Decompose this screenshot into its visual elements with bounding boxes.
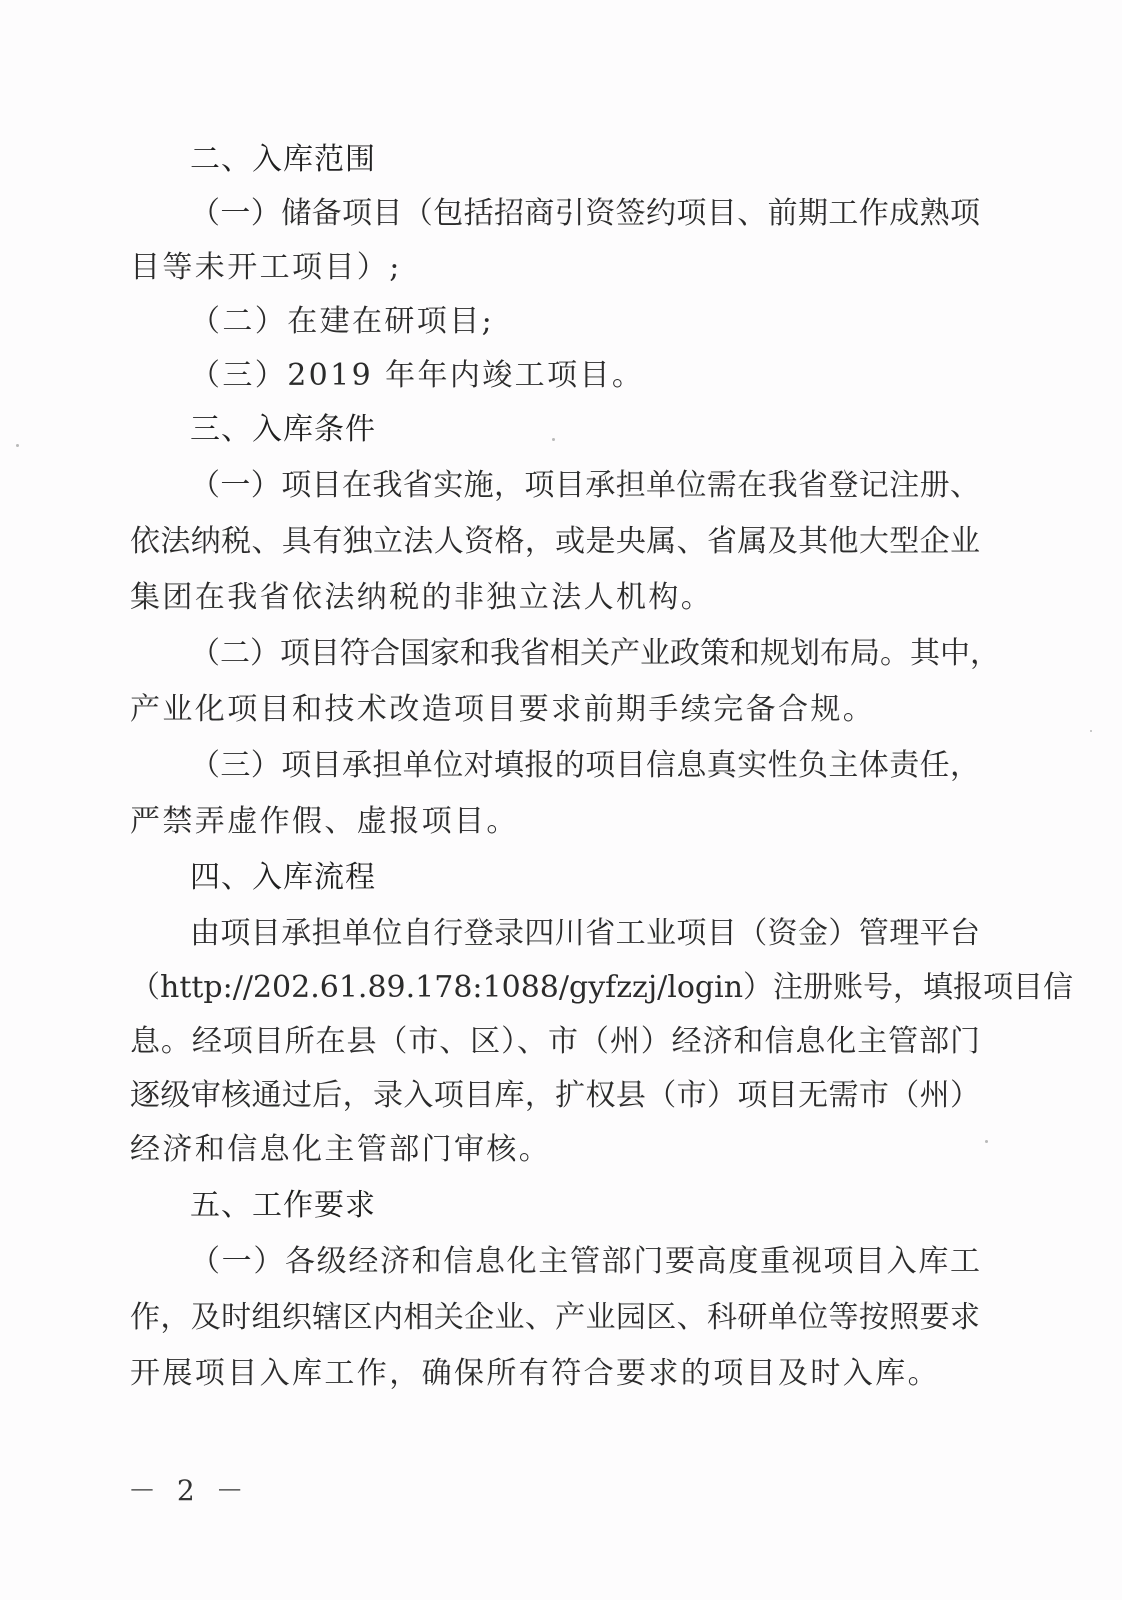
section-heading-process: 四、入库流程 <box>190 858 1040 898</box>
section-heading-scope: 二、入库范围 <box>190 140 1040 180</box>
paragraph-line: （一）项目在我省实施，项目承担单位需在我省登记注册、 <box>190 466 980 506</box>
paragraph-line: 作，及时组织辖区内相关企业、产业园区、科研单位等按照要求 <box>130 1298 980 1338</box>
paragraph-line: 逐级审核通过后，录入项目库，扩权县（市）项目无需市（州） <box>130 1076 980 1116</box>
section-heading-requirements: 五、工作要求 <box>190 1186 1040 1226</box>
paragraph-line: 严禁弄虚作假、虚报项目。 <box>130 802 980 842</box>
paragraph-line: （二）在建在研项目; <box>190 302 980 342</box>
document-page: 二、入库范围 （一）储备项目（包括招商引资签约项目、前期工作成熟项 目等未开工项… <box>0 0 1122 1600</box>
paragraph-line: 经济和信息化主管部门审核。 <box>130 1130 980 1170</box>
paragraph-line-with-url: （http://202.61.89.178:1088/gyfzzj/login）… <box>130 968 980 1008</box>
paragraph-line: 产业化项目和技术改造项目要求前期手续完备合规。 <box>130 690 980 730</box>
scan-speck <box>16 444 19 447</box>
page-number: － 2 － <box>128 1474 250 1508</box>
paragraph-line: （一）各级经济和信息化主管部门要高度重视项目入库工 <box>190 1242 980 1282</box>
paragraph-line: 目等未开工项目）; <box>130 248 980 288</box>
section-heading-conditions: 三、入库条件 <box>190 410 1040 450</box>
scan-speck <box>1090 730 1092 732</box>
paragraph-line: 集团在我省依法纳税的非独立法人机构。 <box>130 578 980 618</box>
paragraph-line: 依法纳税、具有独立法人资格，或是央属、省属及其他大型企业 <box>130 522 980 562</box>
scan-speck <box>985 1140 988 1143</box>
paragraph-line: （三）项目承担单位对填报的项目信息真实性负主体责任， <box>190 746 980 786</box>
paragraph-line: 开展项目入库工作，确保所有符合要求的项目及时入库。 <box>130 1354 980 1394</box>
paragraph-line: （三）2019 年年内竣工项目。 <box>190 356 980 396</box>
paragraph-line: （二）项目符合国家和我省相关产业政策和规划布局。其中， <box>190 634 980 674</box>
paragraph-line: （一）储备项目（包括招商引资签约项目、前期工作成熟项 <box>190 194 980 234</box>
paragraph-line: 由项目承担单位自行登录四川省工业项目（资金）管理平台 <box>190 914 980 954</box>
paragraph-line: 息。经项目所在县（市、区）、市（州）经济和信息化主管部门 <box>130 1022 980 1062</box>
